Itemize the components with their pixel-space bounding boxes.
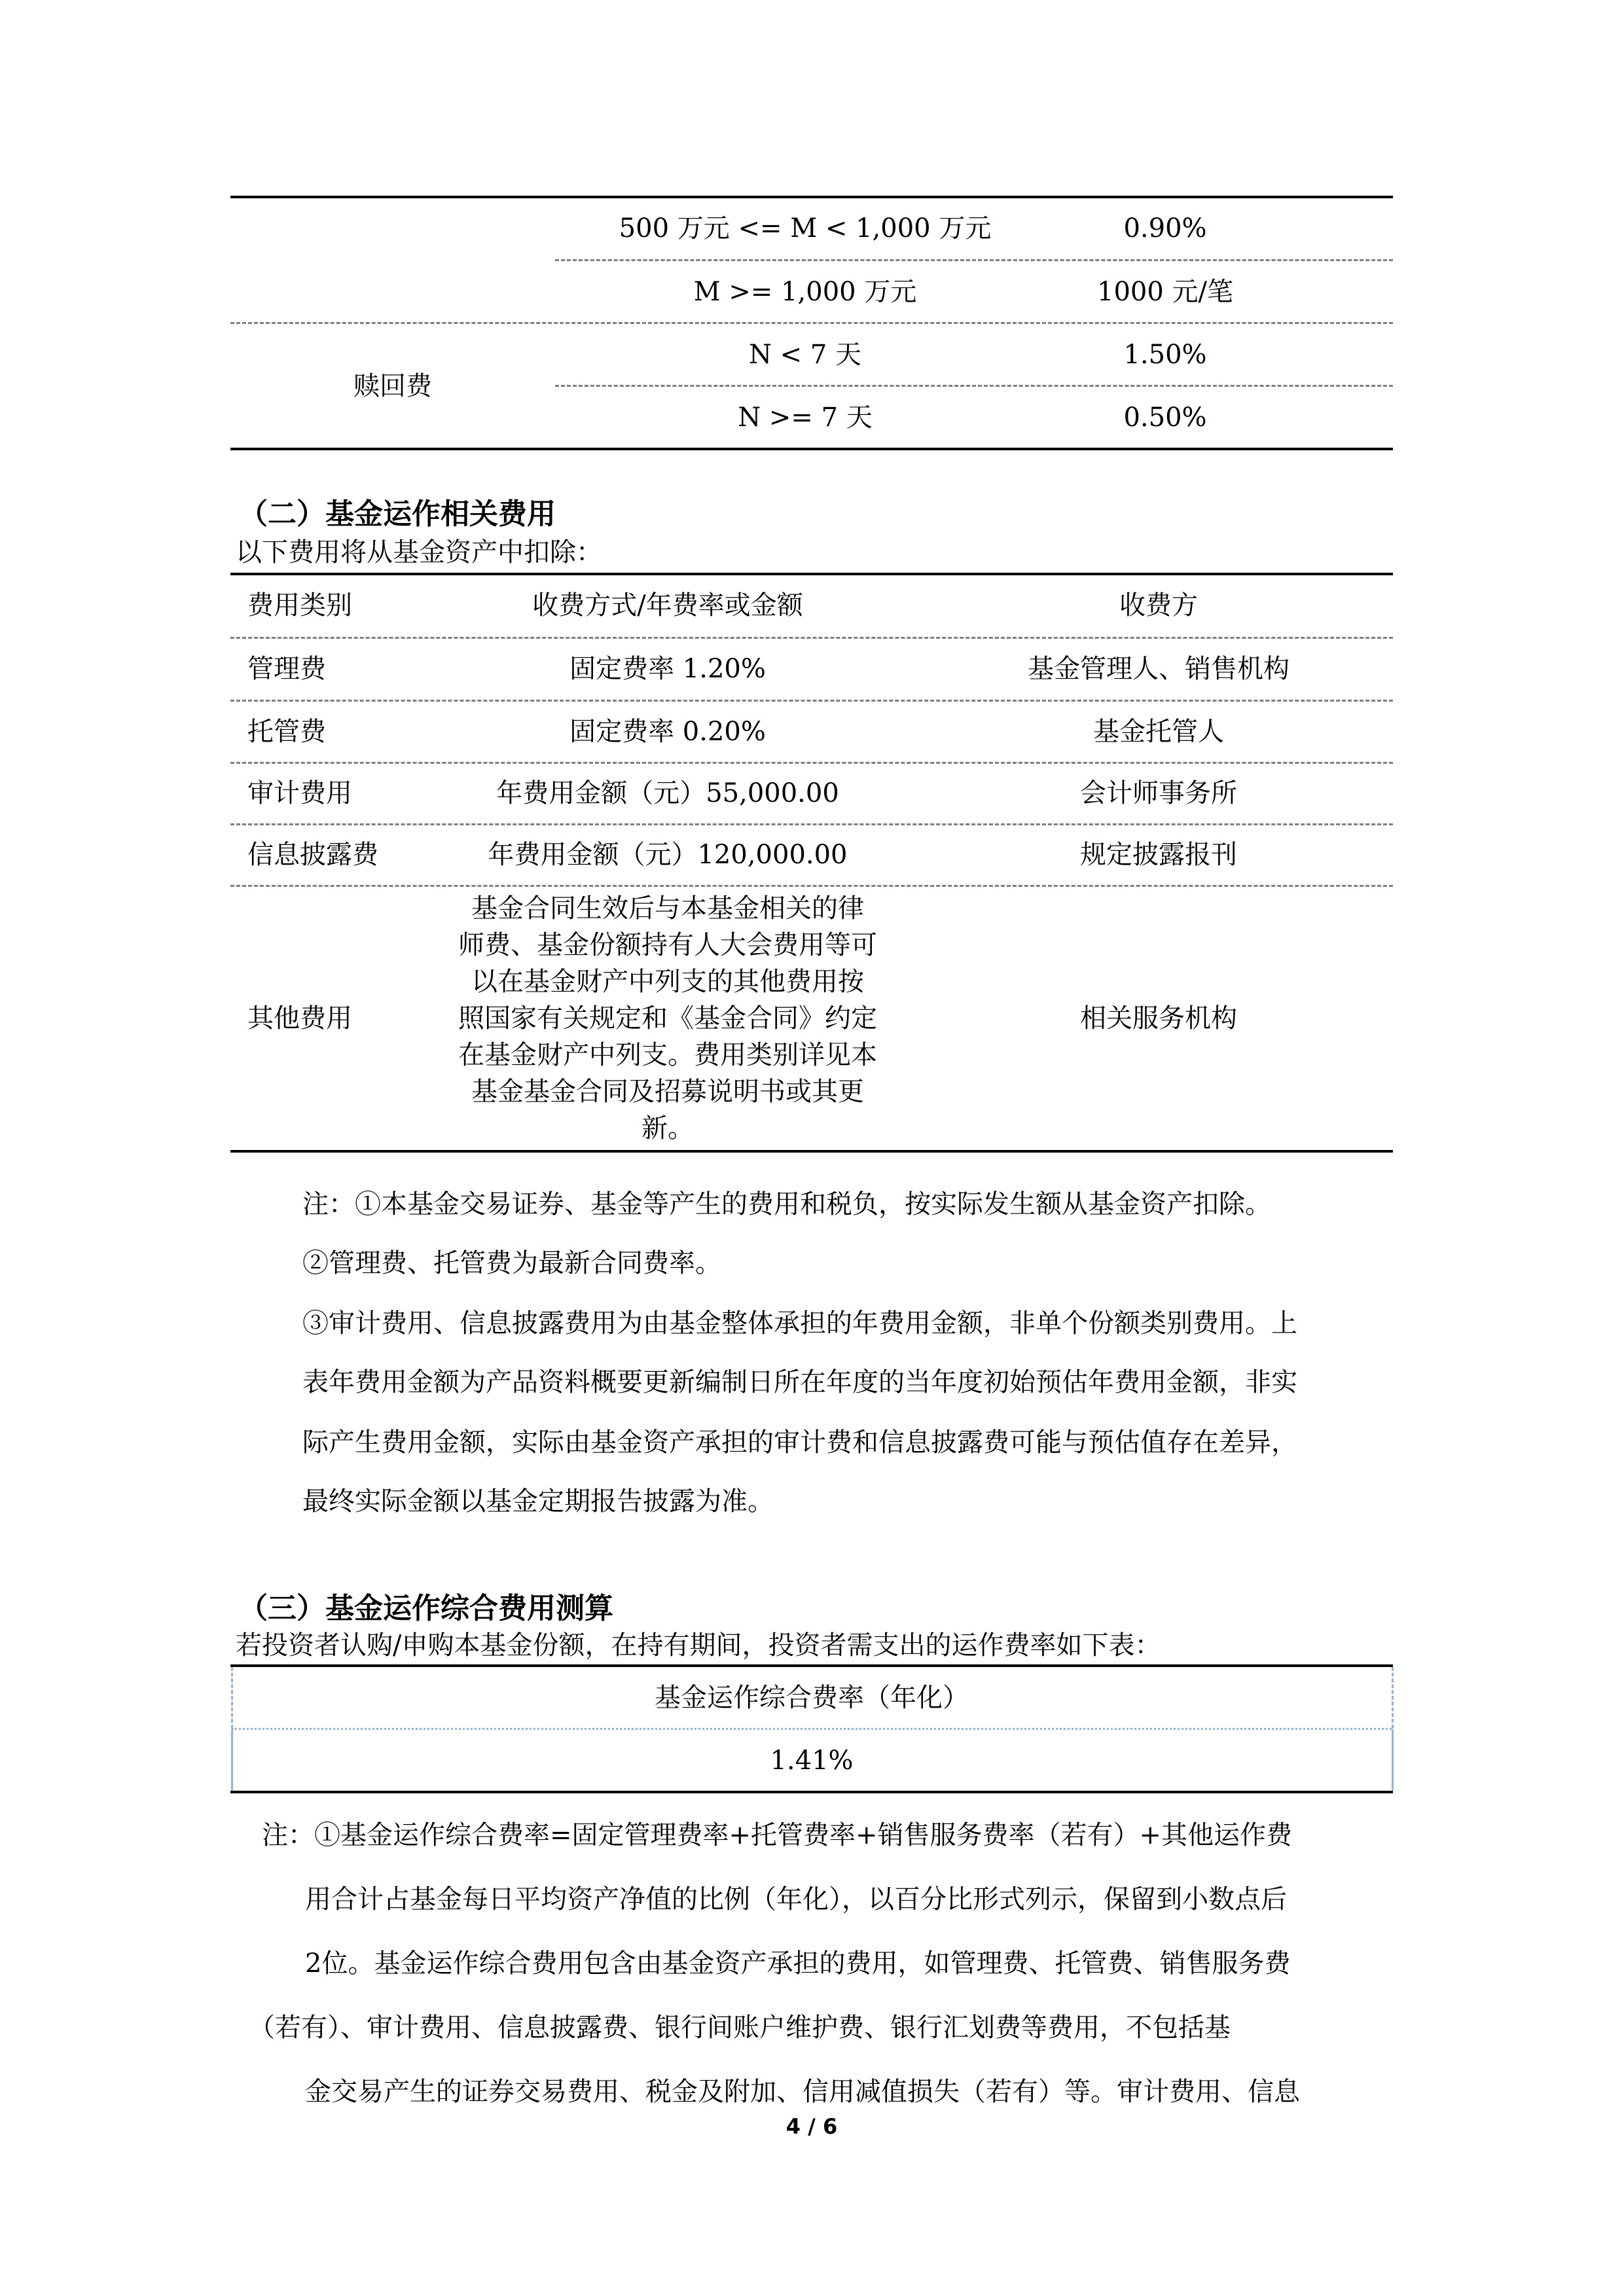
table-cell-payee: 基金托管人 [916, 701, 1401, 762]
text-line: 照国家有关规定和《基金合同》约定 [419, 1000, 916, 1037]
table-bottom-rule [230, 1791, 1393, 1793]
table-cell-method: 年费用金额（元）120,000.00 [406, 825, 929, 885]
note-line: 2位。基金运作综合费用包含由基金资产承担的费用，如管理费、托管费、销售服务费 [305, 1948, 1290, 1979]
table-cell-rate: 0.50% [1001, 386, 1329, 448]
note-line: 注：①基金运作综合费率=固定管理费率+托管费率+销售服务费率（若有）+其他运作费 [262, 1820, 1292, 1851]
table-cell-fee-type-redemption: 赎回费 [230, 323, 555, 449]
text-line: 以在基金财产中列支的其他费用按 [419, 963, 916, 1000]
table-bottom-rule [230, 448, 1393, 450]
section-heading: （二）基金运作相关费用 [239, 497, 556, 531]
note-line: ②管理费、托管费为最新合同费率。 [302, 1247, 721, 1279]
text-line: 师费、基金份额持有人大会费用等可 [419, 927, 916, 963]
table-cell-method: 固定费率 1.20% [406, 638, 929, 700]
note-line: ③审计费用、信息披露费用为由基金整体承担的年费用金额，非单个份额类别费用。上 [302, 1308, 1297, 1339]
text-line: 基金合同生效后与本基金相关的律 [419, 890, 916, 927]
table-cell-payee: 基金管理人、销售机构 [916, 638, 1401, 700]
note-line: 际产生费用金额，实际由基金资产承担的审计费和信息披露费可能与预估值存在差异， [302, 1427, 1297, 1458]
text-line: 在基金财产中列支。费用类别详见本 [419, 1037, 916, 1073]
table-cell-method: 固定费率 0.20% [406, 701, 929, 762]
note-line: 金交易产生的证券交易费用、税金及附加、信用减值损失（若有）等。审计费用、信息 [305, 2076, 1300, 2108]
section-intro: 以下费用将从基金资产中扣除： [236, 537, 602, 568]
note-line: 用合计占基金每日平均资产净值的比例（年化），以百分比形式列示，保留到小数点后 [305, 1884, 1287, 1915]
column-header-method: 收费方式/年费率或金额 [406, 574, 929, 637]
note-line: 最终实际金额以基金定期报告披露为准。 [302, 1486, 774, 1517]
table-cell-combined-rate: 1.41% [230, 1730, 1393, 1791]
table-cell-method: 年费用金额（元）55,000.00 [406, 763, 929, 823]
table-cell-method-multiline: 基金合同生效后与本基金相关的律 师费、基金份额持有人大会费用等可 以在基金财产中… [419, 890, 916, 1147]
table-cell-rate: 0.90% [1001, 197, 1329, 260]
note-line: （若有）、审计费用、信息披露费、银行间账户维护费、银行汇划费等费用，不包括基 [249, 2012, 1231, 2043]
table-cell-payee: 规定披露报刊 [916, 825, 1401, 885]
column-header-payee: 收费方 [916, 574, 1401, 637]
section-intro: 若投资者认购/申购本基金份额，在持有期间，投资者需支出的运作费率如下表： [236, 1630, 1161, 1661]
text-line: 新。 [419, 1110, 916, 1147]
table-cell-rate: 1.50% [1001, 323, 1329, 386]
table-cell-rate: 1000 元/笔 [1001, 260, 1329, 323]
section-heading: （三）基金运作综合费用测算 [239, 1592, 613, 1626]
table-cell-category: 其他费用 [247, 886, 444, 1151]
note-line: 表年费用金额为产品资料概要更新编制日所在年度的当年度初始预估年费用金额，非实 [302, 1367, 1297, 1398]
table-bottom-rule [230, 1150, 1393, 1153]
page-number: 4 / 6 [746, 2114, 877, 2139]
column-header-combined-rate: 基金运作综合费率（年化） [230, 1667, 1393, 1729]
table-cell-payee: 会计师事务所 [916, 763, 1401, 823]
note-line: 注：①本基金交易证券、基金等产生的费用和税负，按实际发生额从基金资产扣除。 [302, 1189, 1271, 1220]
table-cell-payee: 相关服务机构 [916, 886, 1401, 1151]
text-line: 基金基金合同及招募说明书或其更 [419, 1073, 916, 1110]
